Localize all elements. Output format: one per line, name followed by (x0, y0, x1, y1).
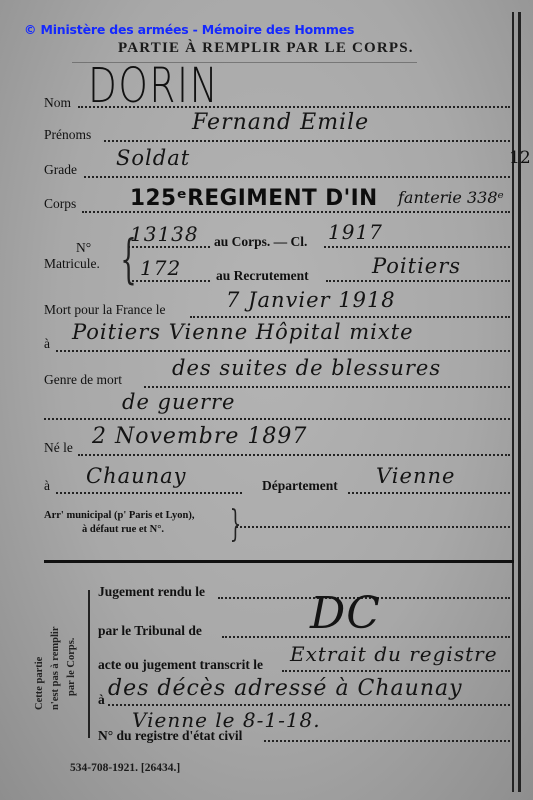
matricule-label-no: N° (76, 240, 91, 256)
lieu-deces-dotted (56, 350, 510, 352)
mort-dotted-line (190, 316, 510, 318)
genre-mort-value-1: des suites de blessures (172, 356, 441, 380)
side-note-brace-line (88, 590, 90, 738)
genre-mort-value-2: de guerre (122, 390, 235, 414)
a-dotted (108, 704, 510, 706)
departement-label: Département (262, 478, 338, 494)
classe-dotted (324, 246, 510, 248)
prenoms-dotted-line (104, 140, 510, 142)
form-reference: 534-708-1921. [26434.] (70, 762, 180, 774)
departement-dotted (348, 492, 510, 494)
corps-label: Corps (44, 196, 76, 212)
nom-dotted-line (78, 106, 510, 108)
registre-label: N° du registre d'état civil (98, 728, 242, 744)
acte-dotted (282, 670, 510, 672)
side-note: Cette partie n'est pas à remplir par le … (28, 592, 104, 712)
classe-value: 1917 (328, 220, 383, 244)
lieu-deces-value: Poitiers Vienne Hôpital mixte (72, 320, 414, 344)
arrondissement-label-2: à défaut rue et N°. (82, 524, 164, 535)
prenoms-label: Prénoms (44, 127, 91, 143)
mort-date-value: 7 Janvier 1918 (226, 288, 396, 312)
grade-value: Soldat (116, 146, 190, 170)
lieu-deces-label: à (44, 336, 50, 352)
grade-dotted-line (84, 176, 510, 178)
acte-label: acte ou jugement transcrit le (98, 657, 263, 673)
jugement-label: Jugement rendu le (98, 584, 205, 600)
prenoms-value: Fernand Emile (192, 110, 369, 135)
ne-le-value: 2 Novembre 1897 (92, 424, 307, 449)
matricule-corps-dotted (128, 246, 210, 248)
ne-le-label: Né le (44, 440, 73, 456)
matricule-recrutement-dotted (128, 280, 210, 282)
registre-dotted (264, 740, 510, 742)
departement-value: Vienne (376, 464, 455, 488)
right-border-line (512, 12, 514, 792)
genre-mort-dotted-2 (44, 418, 510, 420)
au-corps-label: au Corps. — Cl. (214, 234, 307, 250)
arrondissement-brace: } (230, 504, 241, 545)
nom-label: Nom (44, 95, 71, 111)
matricule-label: Matricule. (44, 256, 100, 272)
arrondissement-label-1: Arr' municipal (p' Paris et Lyon), (44, 510, 195, 521)
lieu-naissance-dotted (56, 492, 242, 494)
right-border-line-thick (518, 12, 521, 792)
lieu-naissance-value: Chaunay (86, 464, 187, 488)
tribunal-value: DC (310, 588, 381, 639)
side-note-line-3: par le Corps. (66, 638, 77, 696)
genre-mort-dotted (144, 386, 510, 388)
tribunal-label: par le Tribunal de (98, 623, 202, 639)
corps-stamp: 125ᵉREGIMENT D'IN (130, 186, 378, 211)
arrondissement-dotted (236, 526, 510, 528)
ne-le-dotted (78, 454, 510, 456)
lieu-naissance-label: à (44, 478, 50, 494)
genre-mort-label: Genre de mort (44, 372, 122, 388)
matricule-corps-number: 13138 (130, 222, 199, 246)
a-label: à (98, 692, 105, 708)
recrutement-label: au Recrutement (216, 268, 309, 284)
a-value: des décès adressé à Chaunay (108, 676, 463, 701)
corps-dotted-line (82, 211, 510, 213)
form-header: PARTIE À REMPLIR PAR LE CORPS. (118, 40, 414, 57)
side-note-line-2: n'est pas à remplir (50, 626, 61, 710)
grade-label: Grade (44, 162, 77, 178)
acte-value: Extrait du registre (290, 642, 498, 666)
recrutement-value: Poitiers (372, 254, 461, 278)
margin-number: 12 (509, 148, 531, 168)
side-note-line-1: Cette partie (34, 657, 45, 710)
section-separator (44, 560, 514, 563)
tribunal-dotted (222, 636, 510, 638)
mort-label: Mort pour la France le (44, 302, 165, 318)
copyright-watermark: © Ministère des armées - Mémoire des Hom… (24, 22, 354, 37)
corps-handwritten: fanterie 338ᵉ (398, 188, 504, 207)
matricule-recrutement-number: 172 (140, 256, 181, 280)
recrutement-dotted (326, 280, 510, 282)
